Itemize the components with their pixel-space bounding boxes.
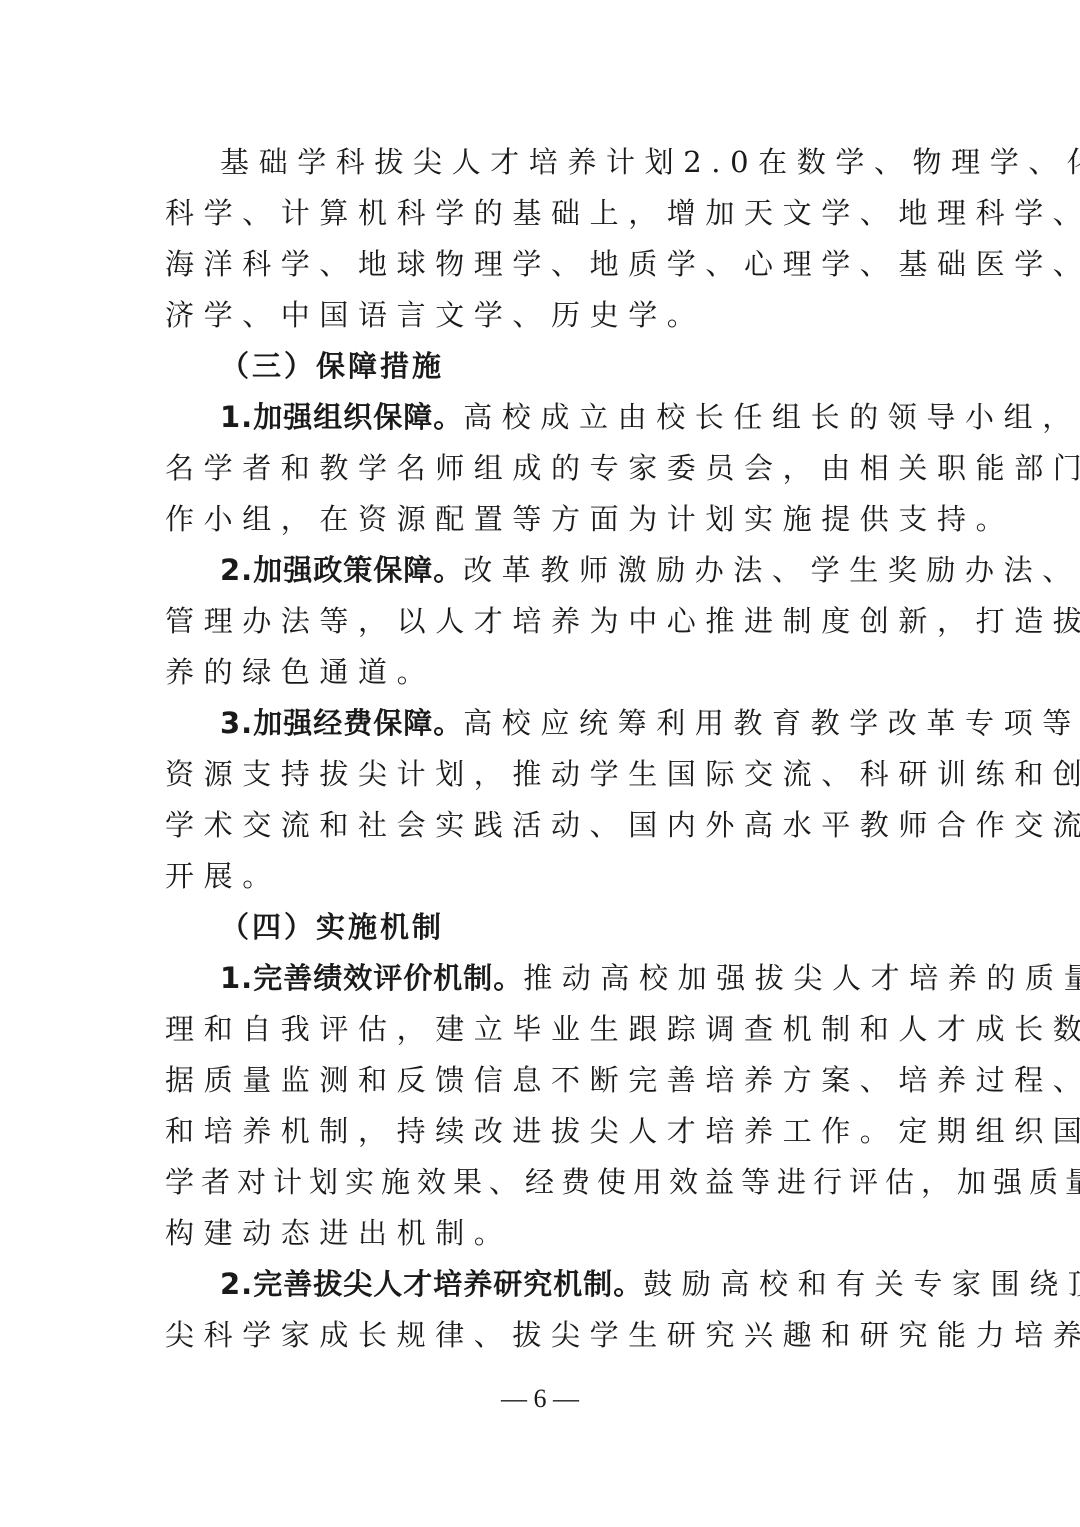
text-line: 和培养机制，持续改进拔尖人才培养工作。定期组织国内外专家 [165,1106,917,1157]
text-line: 作小组，在资源配置等方面为计划实施提供支持。 [165,494,917,545]
text-line: 开展。 [165,851,917,902]
item-lead: 1.完善绩效评价机制。 [220,961,523,995]
text-line: 管理办法等，以人才培养为中心推进制度创新，打造拔尖人才培 [165,596,917,647]
paragraph-disciplines: 基础学科拔尖人才培养计划2.0在数学、物理学、化学、生物 科学、计算机科学的基础… [165,137,917,341]
paragraph-performance-evaluation: 1.完善绩效评价机制。推动高校加强拔尖人才培养的质量管 理和自我评估，建立毕业生… [165,953,917,1259]
page-number: — 6 — [0,1384,1080,1414]
paragraph-research-mechanism: 2.完善拔尖人才培养研究机制。鼓励高校和有关专家围绕顶 尖科学家成长规律、拔尖学… [165,1259,917,1361]
item-text: 高校成立由校长任组长的领导小组，由知 [463,400,1080,434]
text-line: 名学者和教学名师组成的专家委员会，由相关职能部门组成的工 [165,443,917,494]
text-line: 海洋科学、地球物理学、地质学、心理学、基础医学、哲学、经 [165,239,917,290]
text-line: 尖科学家成长规律、拔尖学生研究兴趣和研究能力培养、国际化 [165,1310,917,1361]
text-line: 养的绿色通道。 [165,647,917,698]
text-line: 据质量监测和反馈信息不断完善培养方案、培养过程、培养模式 [165,1055,917,1106]
item-text: 高校应统筹利用教育教学改革专项等各类 [463,706,1080,740]
item-text: 鼓励高校和有关专家围绕顶 [643,1267,1080,1301]
section-heading-mechanisms: （四）实施机制 [165,902,917,953]
text-line: 1.加强组织保障。高校成立由校长任组长的领导小组，由知 [165,392,917,443]
text-line: 科学、计算机科学的基础上，增加天文学、地理科学、大气科学、 [165,188,917,239]
section-heading-safeguards: （三）保障措施 [165,341,917,392]
item-lead: 3.加强经费保障。 [220,706,463,740]
paragraph-organization-guarantee: 1.加强组织保障。高校成立由校长任组长的领导小组，由知 名学者和教学名师组成的专… [165,392,917,545]
item-lead: 2.加强政策保障。 [220,553,463,587]
text-line: 学者对计划实施效果、经费使用效益等进行评估，加强质量监管， [165,1157,917,1208]
text-line: 构建动态进出机制。 [165,1208,917,1259]
text-line: 3.加强经费保障。高校应统筹利用教育教学改革专项等各类 [165,698,917,749]
text-line: 学术交流和社会实践活动、国内外高水平教师合作交流等工作的 [165,800,917,851]
text-line: 基础学科拔尖人才培养计划2.0在数学、物理学、化学、生物 [165,137,917,188]
text-line: 1.完善绩效评价机制。推动高校加强拔尖人才培养的质量管 [165,953,917,1004]
paragraph-funding-guarantee: 3.加强经费保障。高校应统筹利用教育教学改革专项等各类 资源支持拔尖计划，推动学… [165,698,917,902]
paragraph-policy-guarantee: 2.加强政策保障。改革教师激励办法、学生奖励办法、教学 管理办法等，以人才培养为… [165,545,917,698]
item-text: 推动高校加强拔尖人才培养的质量管 [523,961,1080,995]
document-body: 基础学科拔尖人才培养计划2.0在数学、物理学、化学、生物 科学、计算机科学的基础… [165,137,917,1361]
text-line: 理和自我评估，建立毕业生跟踪调查机制和人才成长数据库，根 [165,1004,917,1055]
item-text: 改革教师激励办法、学生奖励办法、教学 [463,553,1080,587]
item-lead: 2.完善拔尖人才培养研究机制。 [220,1267,643,1301]
text-line: 济学、中国语言文学、历史学。 [165,290,917,341]
text-line: 2.加强政策保障。改革教师激励办法、学生奖励办法、教学 [165,545,917,596]
item-lead: 1.加强组织保障。 [220,400,463,434]
text-line: 资源支持拔尖计划，推动学生国际交流、科研训练和创新实践、 [165,749,917,800]
text-line: 2.完善拔尖人才培养研究机制。鼓励高校和有关专家围绕顶 [165,1259,917,1310]
